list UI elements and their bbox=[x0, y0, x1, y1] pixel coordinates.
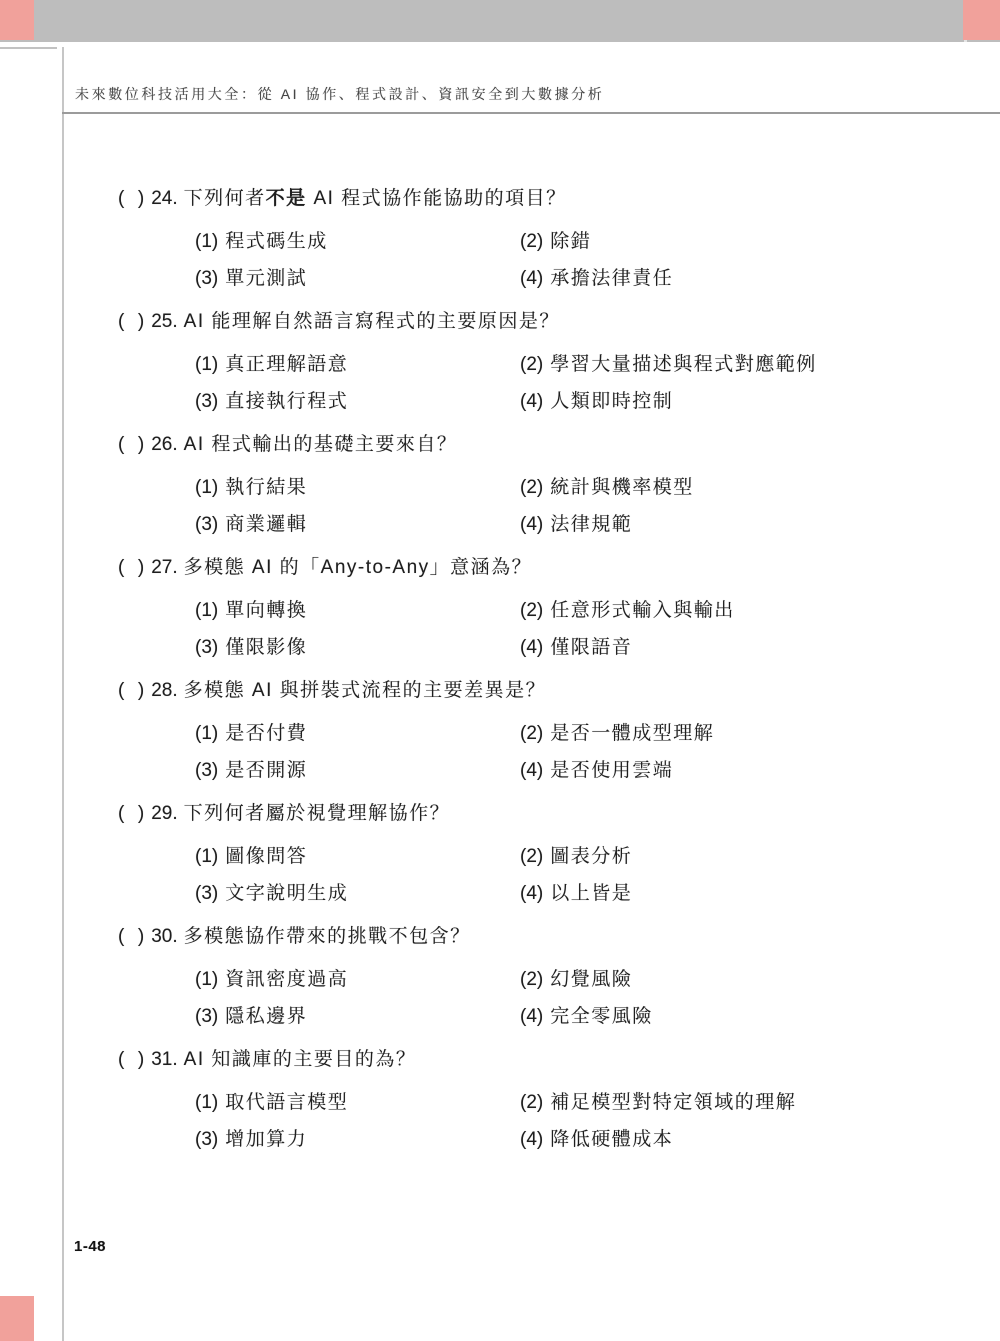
question-block: ( ) 29. 下列何者屬於視覺理解協作？ (1)圖像問答(2)圖表分析(3)文… bbox=[118, 801, 958, 919]
option-label: (1) bbox=[195, 600, 218, 621]
option-item: (4)以上皆是 bbox=[520, 882, 958, 919]
page-edge-notch bbox=[0, 47, 57, 49]
question-stem-row: ( ) 30. 多模態協作帶來的挑戰不包含？ bbox=[118, 924, 958, 949]
page-number: 1-48 bbox=[74, 1238, 106, 1255]
option-text: 除錯 bbox=[550, 231, 591, 252]
option-item: (3)是否開源 bbox=[195, 759, 520, 796]
running-head-title: 未來數位科技活用大全：從 AI 協作、程式設計、資訊安全到大數據分析 bbox=[75, 84, 604, 104]
option-text: 以上皆是 bbox=[550, 883, 632, 904]
option-text: 降低硬體成本 bbox=[550, 1129, 673, 1150]
option-label: (3) bbox=[195, 1006, 218, 1027]
option-text: 圖表分析 bbox=[550, 846, 632, 867]
option-item: (3)僅限影像 bbox=[195, 636, 520, 673]
option-text: 文字說明生成 bbox=[225, 883, 348, 904]
option-label: (1) bbox=[195, 846, 218, 867]
option-label: (4) bbox=[520, 1129, 543, 1150]
option-label: (2) bbox=[520, 231, 543, 252]
option-item: (4)人類即時控制 bbox=[520, 390, 958, 427]
question-stem-row: ( ) 29. 下列何者屬於視覺理解協作？ bbox=[118, 801, 958, 826]
option-text: 人類即時控制 bbox=[550, 391, 673, 412]
question-number: 24. bbox=[151, 186, 177, 211]
question-number: 30. bbox=[151, 924, 177, 949]
option-text: 僅限影像 bbox=[225, 637, 307, 658]
option-item: (2)統計與機率模型 bbox=[520, 476, 958, 513]
option-text: 真正理解語意 bbox=[225, 354, 348, 375]
option-label: (2) bbox=[520, 846, 543, 867]
question-stem-row: ( ) 31. AI 知識庫的主要目的為？ bbox=[118, 1047, 958, 1072]
option-text: 法律規範 bbox=[550, 514, 632, 535]
option-label: (1) bbox=[195, 1092, 218, 1113]
question-stem: AI 知識庫的主要目的為？ bbox=[184, 1047, 417, 1072]
option-label: (1) bbox=[195, 723, 218, 744]
question-number: 26. bbox=[151, 432, 177, 457]
options-grid: (1)執行結果(2)統計與機率模型(3)商業邏輯(4)法律規範 bbox=[195, 476, 958, 550]
option-item: (1)真正理解語意 bbox=[195, 353, 520, 390]
option-item: (3)增加算力 bbox=[195, 1128, 520, 1165]
option-text: 僅限語音 bbox=[550, 637, 632, 658]
option-label: (1) bbox=[195, 477, 218, 498]
option-label: (4) bbox=[520, 1006, 543, 1027]
options-grid: (1)真正理解語意(2)學習大量描述與程式對應範例(3)直接執行程式(4)人類即… bbox=[195, 353, 958, 427]
question-stem-row: ( ) 28. 多模態 AI 與拼裝式流程的主要差異是？ bbox=[118, 678, 958, 703]
options-grid: (1)程式碼生成(2)除錯(3)單元測試(4)承擔法律責任 bbox=[195, 230, 958, 304]
option-label: (2) bbox=[520, 969, 543, 990]
corner-tab-bottom-left bbox=[0, 1296, 34, 1341]
question-block: ( ) 28. 多模態 AI 與拼裝式流程的主要差異是？ (1)是否付費(2)是… bbox=[118, 678, 958, 796]
option-item: (2)任意形式輸入與輸出 bbox=[520, 599, 958, 636]
answer-blank: ( ) bbox=[118, 555, 145, 580]
question-stem-row: ( ) 24. 下列何者不是 AI 程式協作能協助的項目？ bbox=[118, 186, 958, 211]
option-label: (3) bbox=[195, 1129, 218, 1150]
answer-blank: ( ) bbox=[118, 432, 145, 457]
option-label: (3) bbox=[195, 760, 218, 781]
question-stem: 下列何者不是 AI 程式協作能協助的項目？ bbox=[184, 186, 567, 211]
option-label: (2) bbox=[520, 1092, 543, 1113]
option-text: 是否付費 bbox=[225, 723, 307, 744]
corner-tab-top-right bbox=[963, 0, 1000, 40]
questions-list: ( ) 24. 下列何者不是 AI 程式協作能協助的項目？ (1)程式碼生成(2… bbox=[118, 186, 958, 1170]
options-grid: (1)圖像問答(2)圖表分析(3)文字說明生成(4)以上皆是 bbox=[195, 845, 958, 919]
option-text: 完全零風險 bbox=[550, 1006, 653, 1027]
option-label: (4) bbox=[520, 883, 543, 904]
question-stem-row: ( ) 26. AI 程式輸出的基礎主要來自？ bbox=[118, 432, 958, 457]
option-text: 統計與機率模型 bbox=[550, 477, 694, 498]
answer-blank: ( ) bbox=[118, 309, 145, 334]
option-text: 直接執行程式 bbox=[225, 391, 348, 412]
scanned-page: 未來數位科技活用大全：從 AI 協作、程式設計、資訊安全到大數據分析 ( ) 2… bbox=[0, 0, 1000, 1341]
question-block: ( ) 26. AI 程式輸出的基礎主要來自？ (1)執行結果(2)統計與機率模… bbox=[118, 432, 958, 550]
answer-blank: ( ) bbox=[118, 801, 145, 826]
option-label: (4) bbox=[520, 268, 543, 289]
option-label: (2) bbox=[520, 723, 543, 744]
option-text: 取代語言模型 bbox=[225, 1092, 348, 1113]
option-text: 學習大量描述與程式對應範例 bbox=[550, 354, 817, 375]
options-grid: (1)是否付費(2)是否一體成型理解(3)是否開源(4)是否使用雲端 bbox=[195, 722, 958, 796]
question-number: 31. bbox=[151, 1047, 177, 1072]
option-text: 單元測試 bbox=[225, 268, 307, 289]
option-text: 幻覺風險 bbox=[550, 969, 632, 990]
option-label: (3) bbox=[195, 514, 218, 535]
question-stem: 下列何者屬於視覺理解協作？ bbox=[184, 801, 451, 826]
question-stem: 多模態 AI 與拼裝式流程的主要差異是？ bbox=[184, 678, 547, 703]
question-number: 25. bbox=[151, 309, 177, 334]
option-item: (4)是否使用雲端 bbox=[520, 759, 958, 796]
option-text: 增加算力 bbox=[225, 1129, 307, 1150]
option-item: (3)隱私邊界 bbox=[195, 1005, 520, 1042]
option-label: (2) bbox=[520, 477, 543, 498]
option-label: (4) bbox=[520, 637, 543, 658]
option-item: (3)文字說明生成 bbox=[195, 882, 520, 919]
option-text: 是否使用雲端 bbox=[550, 760, 673, 781]
option-item: (2)幻覺風險 bbox=[520, 968, 958, 1005]
option-label: (4) bbox=[520, 391, 543, 412]
option-item: (4)完全零風險 bbox=[520, 1005, 958, 1042]
option-item: (2)除錯 bbox=[520, 230, 958, 267]
question-stem: AI 能理解自然語言寫程式的主要原因是？ bbox=[184, 309, 560, 334]
question-block: ( ) 31. AI 知識庫的主要目的為？ (1)取代語言模型(2)補足模型對特… bbox=[118, 1047, 958, 1165]
question-stem-row: ( ) 27. 多模態 AI 的「Any-to-Any」意涵為？ bbox=[118, 555, 958, 580]
option-item: (3)商業邏輯 bbox=[195, 513, 520, 550]
question-block: ( ) 25. AI 能理解自然語言寫程式的主要原因是？ (1)真正理解語意(2… bbox=[118, 309, 958, 427]
option-item: (1)資訊密度過高 bbox=[195, 968, 520, 1005]
question-stem: 多模態 AI 的「Any-to-Any」意涵為？ bbox=[184, 555, 533, 580]
header-rule bbox=[62, 112, 1000, 114]
answer-blank: ( ) bbox=[118, 678, 145, 703]
corner-tab-top-left bbox=[0, 0, 34, 40]
option-text: 資訊密度過高 bbox=[225, 969, 348, 990]
option-item: (2)是否一體成型理解 bbox=[520, 722, 958, 759]
option-text: 單向轉換 bbox=[225, 600, 307, 621]
option-label: (1) bbox=[195, 969, 218, 990]
option-label: (4) bbox=[520, 760, 543, 781]
option-item: (4)僅限語音 bbox=[520, 636, 958, 673]
question-block: ( ) 30. 多模態協作帶來的挑戰不包含？ (1)資訊密度過高(2)幻覺風險(… bbox=[118, 924, 958, 1042]
option-item: (1)取代語言模型 bbox=[195, 1091, 520, 1128]
option-text: 圖像問答 bbox=[225, 846, 307, 867]
option-label: (3) bbox=[195, 883, 218, 904]
option-text: 任意形式輸入與輸出 bbox=[550, 600, 735, 621]
option-label: (2) bbox=[520, 354, 543, 375]
option-item: (1)單向轉換 bbox=[195, 599, 520, 636]
scan-background-bar bbox=[0, 0, 1000, 42]
option-label: (1) bbox=[195, 231, 218, 252]
options-grid: (1)單向轉換(2)任意形式輸入與輸出(3)僅限影像(4)僅限語音 bbox=[195, 599, 958, 673]
option-text: 商業邏輯 bbox=[225, 514, 307, 535]
option-label: (1) bbox=[195, 354, 218, 375]
option-text: 是否一體成型理解 bbox=[550, 723, 714, 744]
option-label: (3) bbox=[195, 391, 218, 412]
option-text: 承擔法律責任 bbox=[550, 268, 673, 289]
option-text: 隱私邊界 bbox=[225, 1006, 307, 1027]
question-stem: AI 程式輸出的基礎主要來自？ bbox=[184, 432, 458, 457]
option-item: (3)單元測試 bbox=[195, 267, 520, 304]
question-block: ( ) 24. 下列何者不是 AI 程式協作能協助的項目？ (1)程式碼生成(2… bbox=[118, 186, 958, 304]
option-text: 程式碼生成 bbox=[225, 231, 328, 252]
option-item: (2)圖表分析 bbox=[520, 845, 958, 882]
question-number: 29. bbox=[151, 801, 177, 826]
option-label: (2) bbox=[520, 600, 543, 621]
question-number: 28. bbox=[151, 678, 177, 703]
question-block: ( ) 27. 多模態 AI 的「Any-to-Any」意涵為？ (1)單向轉換… bbox=[118, 555, 958, 673]
option-item: (2)學習大量描述與程式對應範例 bbox=[520, 353, 958, 390]
options-grid: (1)取代語言模型(2)補足模型對特定領域的理解(3)增加算力(4)降低硬體成本 bbox=[195, 1091, 958, 1165]
answer-blank: ( ) bbox=[118, 924, 145, 949]
answer-blank: ( ) bbox=[118, 186, 145, 211]
option-item: (4)法律規範 bbox=[520, 513, 958, 550]
option-label: (3) bbox=[195, 637, 218, 658]
option-item: (4)降低硬體成本 bbox=[520, 1128, 958, 1165]
question-stem: 多模態協作帶來的挑戰不包含？ bbox=[184, 924, 471, 949]
option-item: (1)執行結果 bbox=[195, 476, 520, 513]
option-text: 是否開源 bbox=[225, 760, 307, 781]
option-text: 補足模型對特定領域的理解 bbox=[550, 1092, 796, 1113]
question-stem-row: ( ) 25. AI 能理解自然語言寫程式的主要原因是？ bbox=[118, 309, 958, 334]
option-item: (1)程式碼生成 bbox=[195, 230, 520, 267]
option-label: (4) bbox=[520, 514, 543, 535]
option-label: (3) bbox=[195, 268, 218, 289]
option-text: 執行結果 bbox=[225, 477, 307, 498]
option-item: (1)圖像問答 bbox=[195, 845, 520, 882]
question-number: 27. bbox=[151, 555, 177, 580]
page-edge-line bbox=[62, 47, 64, 1341]
option-item: (2)補足模型對特定領域的理解 bbox=[520, 1091, 958, 1128]
options-grid: (1)資訊密度過高(2)幻覺風險(3)隱私邊界(4)完全零風險 bbox=[195, 968, 958, 1042]
option-item: (1)是否付費 bbox=[195, 722, 520, 759]
option-item: (3)直接執行程式 bbox=[195, 390, 520, 427]
answer-blank: ( ) bbox=[118, 1047, 145, 1072]
option-item: (4)承擔法律責任 bbox=[520, 267, 958, 304]
